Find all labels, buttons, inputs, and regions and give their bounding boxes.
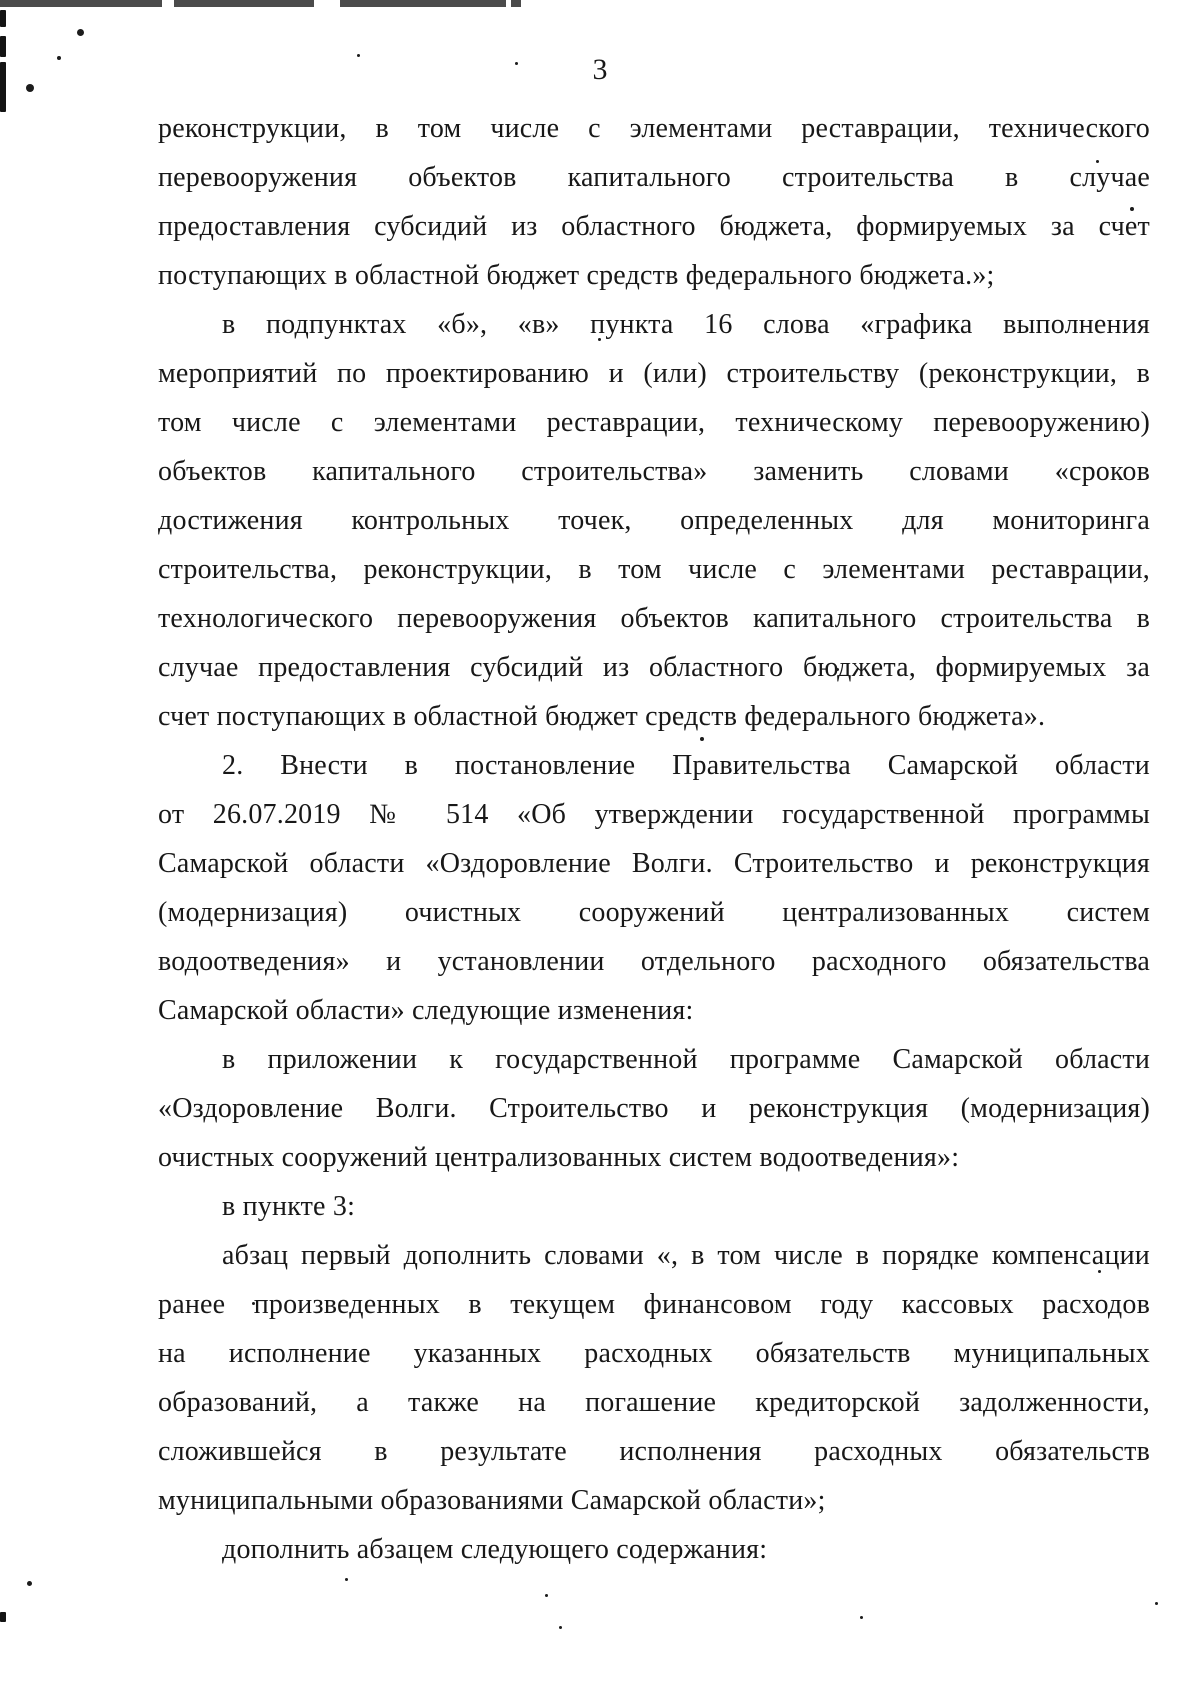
text-line: (модернизация) очистных сооружений центр…	[158, 888, 1150, 937]
text-line: Самарской области «Оздоровление Волги. С…	[158, 839, 1150, 888]
text-line: строительства, реконструкции, в том числ…	[158, 545, 1150, 594]
toner-speck	[252, 1302, 255, 1305]
text-line: «Оздоровление Волги. Строительство и рек…	[158, 1084, 1150, 1133]
toner-speck	[57, 56, 61, 60]
scanner-top-edge-mark	[0, 0, 162, 7]
toner-speck	[836, 668, 839, 671]
scanner-left-edge-mark	[0, 62, 6, 112]
toner-speck	[27, 1581, 32, 1586]
toner-speck	[77, 29, 84, 36]
text-line: в подпунктах «б», «в» пункта 16 слова «г…	[158, 300, 1150, 349]
text-line: реконструкции, в том числе с элементами …	[158, 104, 1150, 153]
toner-speck	[515, 62, 518, 65]
toner-speck	[1098, 1270, 1101, 1273]
scanner-top-edge-mark	[511, 0, 521, 7]
toner-speck	[357, 54, 360, 57]
text-line: Самарской области» следующие изменения:	[158, 986, 1150, 1035]
text-line: поступающих в областной бюджет средств ф…	[158, 251, 1150, 300]
text-line: перевооружения объектов капитального стр…	[158, 153, 1150, 202]
text-line: сложившейся в результате исполнения расх…	[158, 1427, 1150, 1476]
text-line: образований, а также на погашение кредит…	[158, 1378, 1150, 1427]
toner-speck	[345, 1578, 348, 1581]
text-line: дополнить абзацем следующего содержания:	[158, 1525, 1150, 1574]
toner-speck	[598, 338, 601, 341]
toner-speck	[26, 84, 34, 92]
toner-speck	[1155, 1602, 1158, 1605]
text-line: в приложении к государственной программе…	[158, 1035, 1150, 1084]
document-page: 3 реконструкции, в том числе с элементам…	[0, 0, 1200, 1705]
document-body: реконструкции, в том числе с элементами …	[158, 104, 1150, 1574]
text-line: очистных сооружений централизованных сис…	[158, 1133, 1150, 1182]
text-line: абзац первый дополнить словами «, в том …	[158, 1231, 1150, 1280]
text-line: предоставления субсидий из областного бю…	[158, 202, 1150, 251]
text-line: в пункте 3:	[158, 1182, 1150, 1231]
scanner-top-edge-mark	[340, 0, 506, 7]
text-line: мероприятий по проектированию и (или) ст…	[158, 349, 1150, 398]
text-line: счет поступающих в областной бюджет сред…	[158, 692, 1150, 741]
text-line: ранее произведенных в текущем финансовом…	[158, 1280, 1150, 1329]
text-line: том числе с элементами реставрации, техн…	[158, 398, 1150, 447]
toner-speck	[545, 1594, 548, 1597]
text-line: случае предоставления субсидий из област…	[158, 643, 1150, 692]
page-number: 3	[0, 52, 1200, 88]
scanner-left-edge-mark	[0, 1612, 6, 1622]
text-line: 2. Внести в постановление Правительства …	[158, 741, 1150, 790]
toner-speck	[1130, 207, 1134, 211]
text-line: водоотведения» и установлении отдельного…	[158, 937, 1150, 986]
text-line: достижения контрольных точек, определенн…	[158, 496, 1150, 545]
text-line: от 26.07.2019 № 514 «Об утверждении госу…	[158, 790, 1150, 839]
scanner-left-edge-mark	[0, 10, 6, 27]
scanner-top-edge-mark	[174, 0, 314, 7]
toner-speck	[1096, 160, 1099, 163]
text-line: на исполнение указанных расходных обязат…	[158, 1329, 1150, 1378]
text-line: объектов капитального строительства» зам…	[158, 447, 1150, 496]
text-line: технологического перевооружения объектов…	[158, 594, 1150, 643]
scanner-left-edge-mark	[0, 36, 6, 57]
toner-speck	[860, 1616, 863, 1619]
toner-speck	[559, 1626, 562, 1629]
toner-speck	[700, 737, 704, 741]
text-line: муниципальными образованиями Самарской о…	[158, 1476, 1150, 1525]
